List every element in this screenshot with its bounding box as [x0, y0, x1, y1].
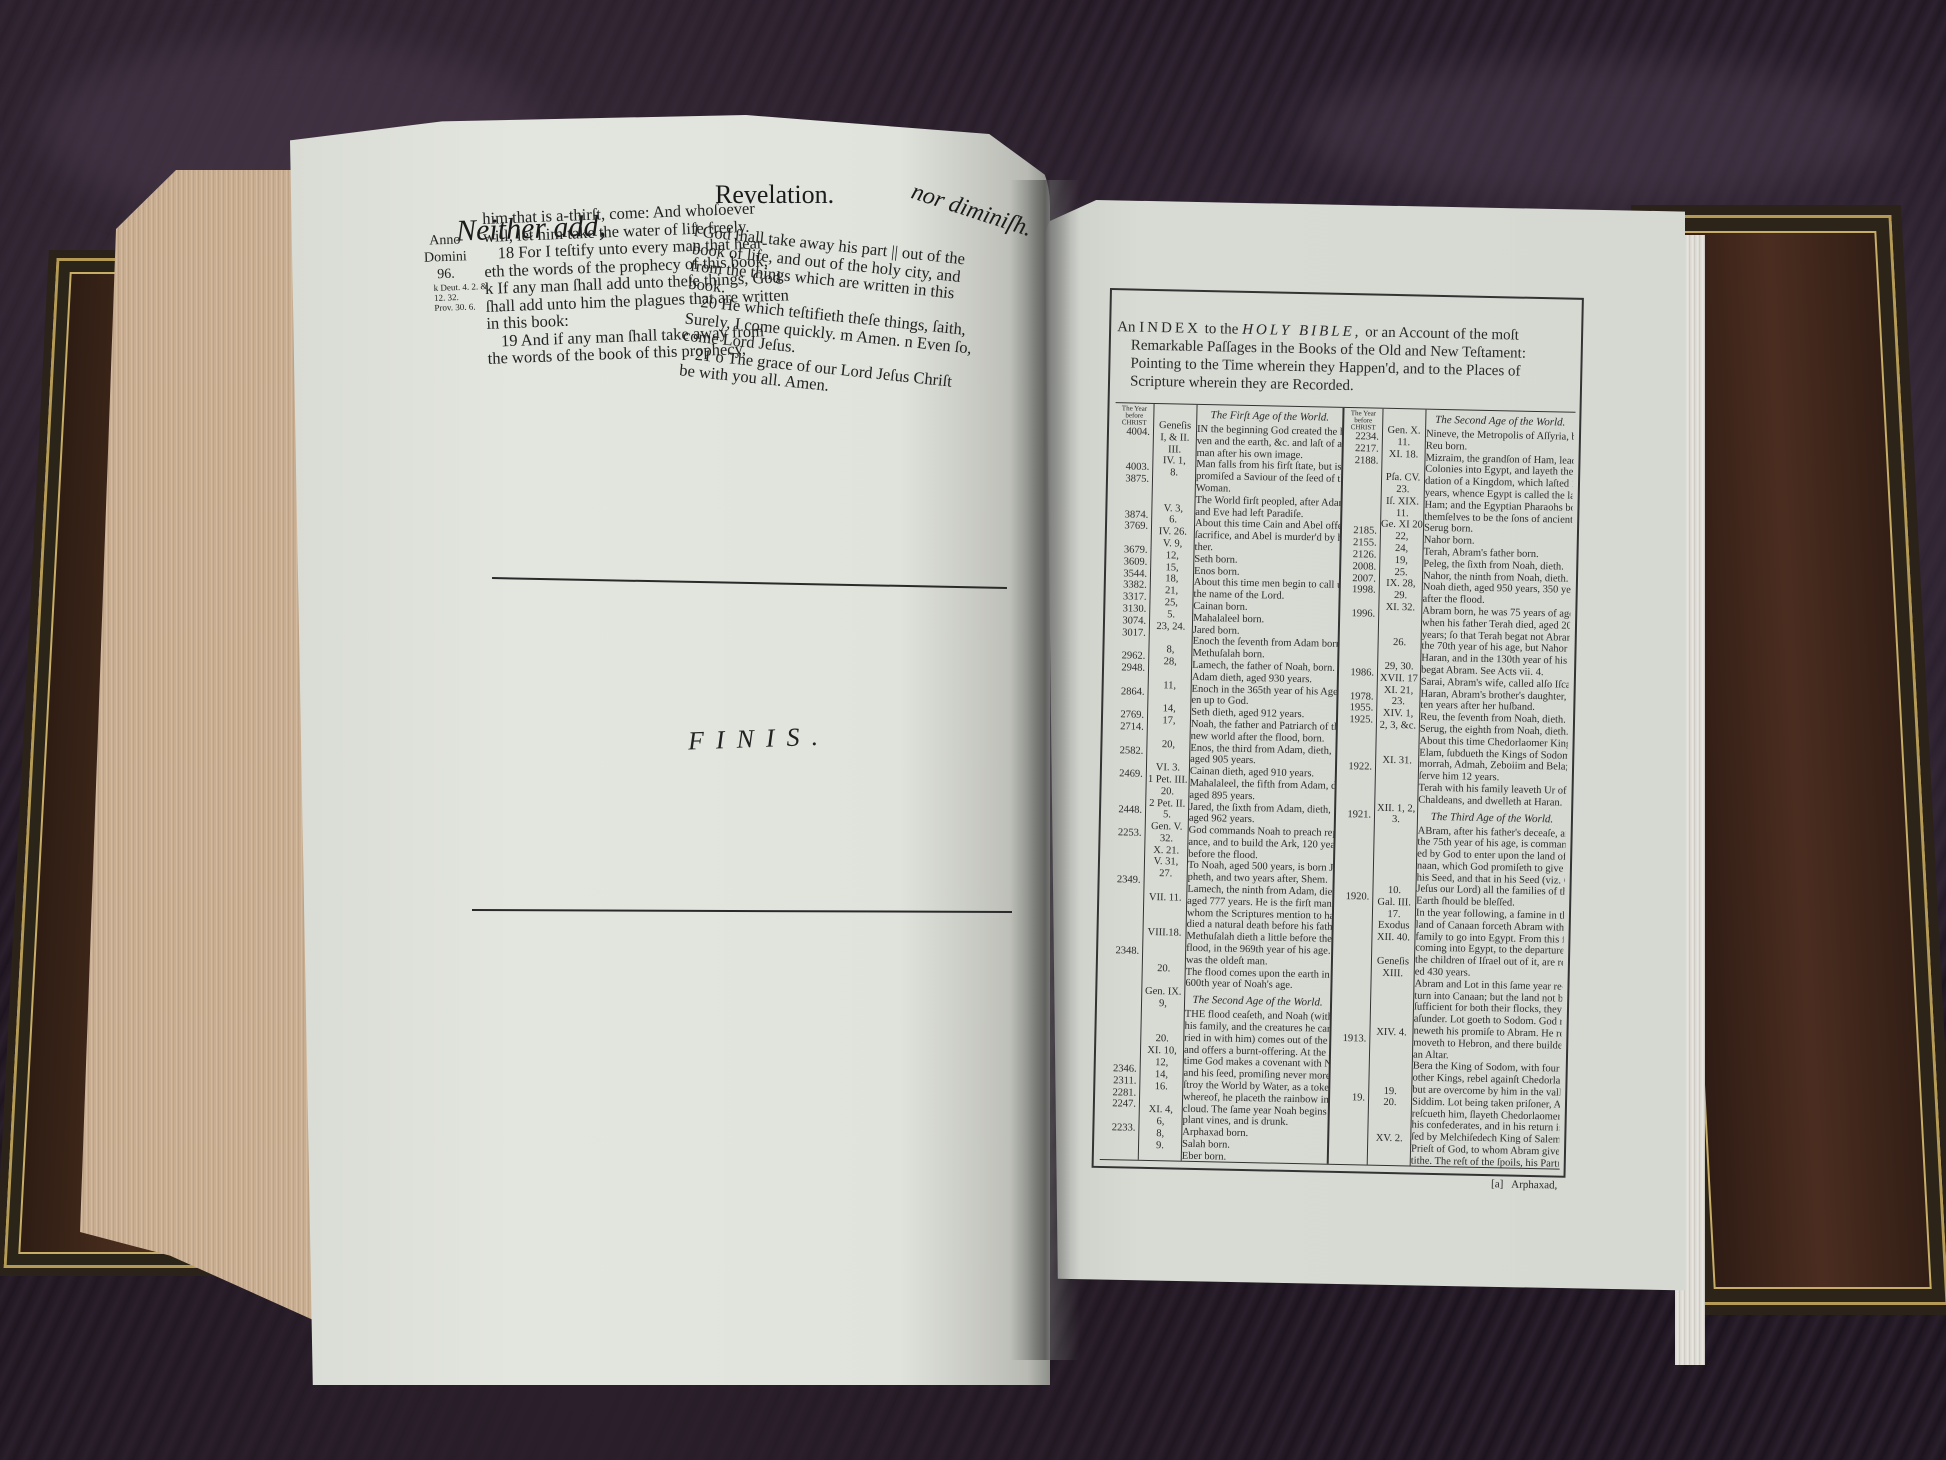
year-cell: 2769.	[1109, 709, 1147, 722]
age-heading: The Second Age of the World.	[1185, 994, 1330, 1009]
year-cell	[1329, 1162, 1367, 1164]
year-cell: 2348.	[1104, 945, 1142, 958]
margin-ref: Prov. 30. 6.	[434, 301, 488, 313]
reference-cell: 10.	[1373, 885, 1415, 898]
year-cell: 2281.	[1101, 1087, 1139, 1100]
year-cell	[1336, 797, 1374, 810]
reference-cell	[1141, 1021, 1183, 1034]
year-cell: 1921.	[1336, 808, 1374, 821]
reference-cell: 20.	[1369, 1097, 1411, 1110]
reference-cell: 17.	[1373, 908, 1415, 921]
year-cell: 3317.	[1111, 591, 1149, 604]
reference-cell: X. 21.	[1145, 845, 1187, 858]
reference-cell: 23.	[1377, 696, 1419, 709]
index-frame: An INDEX to the HOLY BIBLE, or an Accoun…	[1092, 288, 1584, 1178]
year-cell	[1342, 502, 1380, 515]
reference-cell: IX. 28,	[1380, 578, 1422, 591]
year-cell	[1340, 596, 1378, 609]
reference-cell: 16.	[1140, 1080, 1182, 1093]
year-cell	[1107, 792, 1145, 805]
reference-cell	[1379, 625, 1421, 638]
year-cell	[1332, 985, 1370, 998]
reference-cell: XV. 2.	[1368, 1132, 1410, 1145]
reference-cell	[1153, 479, 1195, 492]
year-cell	[1100, 1157, 1138, 1159]
reference-cell: Gen. V.	[1146, 821, 1188, 834]
reference-cell: 25.	[1380, 566, 1422, 579]
reference-cell	[1147, 750, 1189, 763]
year-cell: 1998.	[1341, 584, 1379, 597]
year-cell	[1105, 898, 1143, 911]
year-cell	[1107, 780, 1145, 793]
reference-cell: 27.	[1145, 868, 1187, 881]
reference-cell: 23.	[1382, 484, 1424, 497]
year-cell	[1335, 867, 1373, 880]
year-cell: 3875.	[1114, 473, 1152, 486]
reference-cell	[1370, 1062, 1412, 1075]
reference-cell: VI. 3.	[1147, 762, 1189, 775]
year-cell: 1913.	[1331, 1032, 1369, 1045]
reference-cell	[1153, 491, 1195, 504]
year-cell	[1330, 1080, 1368, 1093]
reference-cell: V. 9,	[1152, 538, 1194, 551]
reference-cell: VIII.18.	[1143, 927, 1185, 940]
age-heading: The Third Age of the World.	[1418, 810, 1566, 825]
year-cell: 2253.	[1106, 827, 1144, 840]
reference-cell: 2 Pet. II.	[1146, 797, 1188, 810]
index-entry-line: 600th year of Noah's age.	[1185, 978, 1330, 993]
entry-list: Nineve, the Metropolis of Aſſyria, built…	[1411, 429, 1574, 1169]
year-cell	[1333, 938, 1371, 951]
year-cell	[1343, 490, 1381, 503]
year-cell	[1108, 756, 1146, 769]
year-cell: 3679.	[1112, 544, 1150, 557]
year-cell	[1343, 466, 1381, 479]
reference-cell: Pſa. CV.	[1382, 472, 1424, 485]
reference-cell: 9,	[1142, 998, 1184, 1011]
year-cell: 2008.	[1341, 561, 1379, 574]
reference-cell: 19.	[1369, 1085, 1411, 1098]
year-cell	[1332, 973, 1370, 986]
gutter-shadow	[1010, 180, 1080, 1360]
year-cell	[1102, 1028, 1140, 1041]
year-cell: 3130.	[1111, 603, 1149, 616]
reference-cell: Gen. IX.	[1142, 986, 1184, 999]
year-cell	[1110, 638, 1148, 651]
year-cell	[1114, 450, 1152, 463]
year-cell: 4004.	[1115, 426, 1153, 439]
year-cell	[1337, 749, 1375, 762]
reference-cell: VII. 11.	[1144, 892, 1186, 905]
reference-cell: 20,	[1147, 738, 1189, 751]
reference-cell: 21,	[1151, 585, 1193, 598]
index-entry-line: tithe. The reſt of the ſpoils, his Partn…	[1411, 1155, 1559, 1168]
reference-cell: 19,	[1380, 554, 1422, 567]
reference-cell: 25,	[1150, 597, 1192, 610]
year-cell	[1100, 1134, 1138, 1147]
reference-cell	[1376, 743, 1418, 756]
year-cell	[1107, 815, 1145, 828]
reference-cell	[1143, 939, 1185, 952]
reference-cell	[1144, 880, 1186, 893]
year-cell	[1337, 738, 1375, 751]
reference-cell: 11.	[1383, 437, 1425, 450]
reference-cell: 18,	[1151, 573, 1193, 586]
velvet-fold	[1300, 60, 1900, 200]
margin-ref: k Deut. 4. 2. &	[433, 281, 487, 293]
year-cell	[1335, 844, 1373, 857]
year-cell: 2346.	[1102, 1063, 1140, 1076]
year-cell: 3017.	[1111, 627, 1149, 640]
reference-cell: XIV. 4.	[1370, 1026, 1412, 1039]
anno-domini-margin: Anno Domini 96.	[423, 231, 468, 283]
reference-cell: 29.	[1379, 590, 1421, 603]
reference-cell	[1139, 1151, 1181, 1160]
reference-cell	[1376, 767, 1418, 780]
year-cell	[1337, 773, 1375, 786]
margin-line: Anno	[423, 231, 466, 249]
year-cell: 19.	[1330, 1091, 1368, 1104]
year-column-header: The Year before CHRIST	[1115, 403, 1153, 427]
index-entry-line: Chaldeans, and dwelleth at Haran.	[1418, 794, 1566, 809]
reference-cell: 20.	[1143, 962, 1185, 975]
reference-cell: V. 3,	[1152, 503, 1194, 516]
year-cell	[1342, 513, 1380, 526]
reference-cell: Gal. III.	[1373, 897, 1415, 910]
cross-reference-margin: k Deut. 4. 2. & 12. 32. Prov. 30. 6.	[433, 281, 488, 313]
year-cell	[1102, 1039, 1140, 1052]
reference-cell: XI. 21,	[1378, 684, 1420, 697]
reference-cell	[1375, 826, 1417, 839]
year-cell	[1343, 478, 1381, 491]
reference-cell: I, & II.	[1154, 432, 1196, 445]
reference-cell: 14,	[1140, 1069, 1182, 1082]
year-cell: 2582.	[1108, 745, 1146, 758]
year-cell: 3769.	[1113, 520, 1151, 533]
reference-cell: Geneſis	[1372, 955, 1414, 968]
reference-cell	[1142, 1010, 1184, 1023]
year-cell: 1922.	[1337, 761, 1375, 774]
reference-cell: XI. 4,	[1140, 1104, 1182, 1117]
reference-cell	[1378, 649, 1420, 662]
year-cell: 3074.	[1111, 615, 1149, 628]
reference-cell: 12,	[1151, 550, 1193, 563]
reference-cell: III.	[1154, 444, 1196, 457]
reference-cell: 11.	[1381, 507, 1423, 520]
reference-cell	[1371, 1003, 1413, 1016]
year-cell	[1332, 997, 1370, 1010]
year-cell	[1336, 820, 1374, 833]
reference-cell: 3.	[1375, 814, 1417, 827]
year-cell	[1334, 914, 1372, 927]
year-cell	[1334, 903, 1372, 916]
year-cell: 2714.	[1109, 721, 1147, 734]
reference-cell: Gen. X.	[1383, 425, 1425, 438]
reference-cell: XI. 10,	[1141, 1045, 1183, 1058]
reference-cell: 20.	[1146, 786, 1188, 799]
year-cell	[1340, 620, 1378, 633]
reference-cell: XI. 32.	[1379, 602, 1421, 615]
signature-mark: [a]	[1491, 1178, 1503, 1190]
index-table: The Year before CHRIST 4004. 4003.3875. …	[1100, 402, 1576, 1169]
year-cell	[1110, 674, 1148, 687]
year-cell	[1104, 957, 1142, 970]
year-cell	[1103, 980, 1141, 993]
year-cell	[1104, 933, 1142, 946]
year-cell: 1955.	[1338, 702, 1376, 715]
year-cell	[1335, 856, 1373, 869]
reference-cell: 1 Pet. III.	[1147, 774, 1189, 787]
year-cell: 2233.	[1100, 1122, 1138, 1135]
year-cell: 2311.	[1101, 1075, 1139, 1088]
year-cell	[1113, 532, 1151, 545]
reference-cell	[1142, 974, 1184, 987]
year-cell: 3609.	[1112, 556, 1150, 569]
year-cell	[1103, 1004, 1141, 1017]
year-cell: 2864.	[1109, 686, 1147, 699]
reference-cell: 14,	[1148, 703, 1190, 716]
year-cell: 2155.	[1342, 537, 1380, 550]
year-cell: 1925.	[1338, 714, 1376, 727]
reference-cell: XII. 40.	[1372, 932, 1414, 945]
year-cell: 2469.	[1108, 768, 1146, 781]
year-cell	[1338, 726, 1376, 739]
year-cell: 2217.	[1344, 443, 1382, 456]
reference-cell: Iſ. XIX.	[1381, 496, 1423, 509]
reference-cell: 5.	[1146, 809, 1188, 822]
finis-text: FINIS.	[688, 722, 831, 757]
reference-cell	[1368, 1121, 1410, 1134]
reference-cell: 8,	[1149, 644, 1191, 657]
reference-cell: 12,	[1141, 1057, 1183, 1070]
reference-cell	[1371, 991, 1413, 1004]
year-cell	[1333, 926, 1371, 939]
year-cell	[1339, 643, 1377, 656]
year-cell: 3382.	[1112, 579, 1150, 592]
year-cell	[1336, 785, 1374, 798]
reference-cell: 28,	[1149, 656, 1191, 669]
year-cell: 3874.	[1113, 509, 1151, 522]
reference-cell: 6.	[1152, 514, 1194, 527]
year-cell	[1332, 1009, 1370, 1022]
reference-cell	[1148, 727, 1190, 740]
reference-cell: V. 31,	[1145, 856, 1187, 869]
year-cell: 1978.	[1338, 690, 1376, 703]
reference-cell	[1148, 691, 1190, 704]
year-cell	[1109, 697, 1147, 710]
reference-cell	[1374, 861, 1416, 874]
reference-cell	[1377, 731, 1419, 744]
year-cell	[1333, 950, 1371, 963]
year-cell: 2448.	[1107, 804, 1145, 817]
reference-cell	[1376, 779, 1418, 792]
entries-column-right: The Second Age of the World. Nineve, the…	[1411, 410, 1575, 1169]
reference-cell: IV. 1,	[1153, 455, 1195, 468]
year-cell	[1105, 886, 1143, 899]
reference-cell	[1369, 1109, 1411, 1122]
year-cell	[1329, 1115, 1367, 1128]
catchword: Arphaxad,	[1511, 1179, 1557, 1192]
reference-cell: 24,	[1380, 543, 1422, 556]
reference-cell: Ge. XI 20.	[1381, 519, 1423, 532]
text-column-b: l God ſhall take away his part || out of…	[679, 222, 1014, 412]
year-cell: 4003.	[1114, 462, 1152, 475]
reference-cell	[1368, 1156, 1410, 1165]
margin-line: Domini	[424, 248, 467, 266]
reference-cell: 22,	[1381, 531, 1423, 544]
reference-cell: XI. 18.	[1382, 448, 1424, 461]
title-index: INDEX	[1139, 320, 1201, 337]
year-cell	[1330, 1103, 1368, 1116]
reference-cell: 23, 24.	[1150, 620, 1192, 633]
year-cell: 2126.	[1341, 549, 1379, 562]
year-cell: 1986.	[1339, 667, 1377, 680]
reference-cell: 15,	[1151, 561, 1193, 574]
year-cell	[1103, 1016, 1141, 1029]
year-cell: 1920.	[1334, 891, 1372, 904]
year-cell	[1330, 1068, 1368, 1081]
reference-cell: 9.	[1139, 1139, 1181, 1152]
year-column-header: The Year before CHRIST	[1344, 408, 1382, 432]
reference-cell	[1374, 849, 1416, 862]
year-cell	[1115, 438, 1153, 451]
index-entry-line: Eber born.	[1182, 1151, 1327, 1164]
year-cell	[1100, 1146, 1138, 1159]
reference-cell: 5.	[1150, 609, 1192, 622]
reference-cell: 29, 30.	[1378, 661, 1420, 674]
age-heading: The Second Age of the World.	[1426, 414, 1574, 429]
year-cell: 2185.	[1342, 525, 1380, 538]
reference-cell: XI. 31.	[1376, 755, 1418, 768]
year-cell	[1334, 879, 1372, 892]
year-cell: 1996.	[1340, 608, 1378, 621]
title-word: or an Account of the moſt	[1365, 324, 1519, 343]
title-word: An	[1117, 319, 1136, 335]
year-cell	[1108, 733, 1146, 746]
reference-cell	[1374, 873, 1416, 886]
year-cell	[1339, 655, 1377, 668]
year-cell: 3544.	[1112, 568, 1150, 581]
entries-column-left: The Firſt Age of the World. IN the begin…	[1182, 405, 1345, 1164]
year-cell	[1104, 921, 1142, 934]
entry-list: IN the beginning God created the hea-ven…	[1182, 424, 1342, 1164]
year-cell	[1340, 631, 1378, 644]
reference-cell: 20.	[1141, 1033, 1183, 1046]
reference-cell	[1371, 1014, 1413, 1027]
reference-cell	[1382, 460, 1424, 473]
reference-cell	[1144, 904, 1186, 917]
year-cell	[1333, 962, 1371, 975]
year-cell	[1339, 679, 1377, 692]
year-cell	[1114, 485, 1152, 498]
reference-cell	[1144, 915, 1186, 928]
reference-cell	[1372, 944, 1414, 957]
reference-cell: Geneſis	[1154, 420, 1196, 433]
reference-cell: Exodus	[1373, 920, 1415, 933]
reference-cell	[1143, 951, 1185, 964]
year-cell	[1329, 1127, 1367, 1140]
reference-cell: XIV. 1,	[1377, 708, 1419, 721]
year-cell	[1113, 497, 1151, 510]
year-cell: 2349.	[1105, 874, 1143, 887]
title-word: to the	[1204, 321, 1238, 338]
year-cell: 2962.	[1110, 650, 1148, 663]
age-heading: The Firſt Age of the World.	[1197, 409, 1342, 424]
year-cell: 2247.	[1101, 1098, 1139, 1111]
year-cell	[1106, 839, 1144, 852]
year-cell	[1103, 969, 1141, 982]
reference-cell: 8,	[1139, 1128, 1181, 1141]
year-cell	[1329, 1139, 1367, 1152]
reference-cell	[1368, 1144, 1410, 1157]
reference-cell	[1150, 632, 1192, 645]
reference-cell: 2, 3, &c.	[1377, 720, 1419, 733]
reference-cell	[1374, 838, 1416, 851]
year-cell	[1329, 1150, 1367, 1163]
reference-cell: 6,	[1139, 1116, 1181, 1129]
reference-cell: IV. 26.	[1152, 526, 1194, 539]
year-cell	[1101, 1110, 1139, 1123]
reference-cell: 11,	[1149, 679, 1191, 692]
year-cell	[1105, 910, 1143, 923]
reference-cell	[1370, 1050, 1412, 1063]
reference-cell	[1140, 1092, 1182, 1105]
reference-cell	[1371, 979, 1413, 992]
year-cell	[1331, 1056, 1369, 1069]
reference-cell: 8.	[1153, 467, 1195, 480]
reference-cell: 32.	[1145, 833, 1187, 846]
reference-cell	[1369, 1073, 1411, 1086]
year-cell	[1103, 992, 1141, 1005]
year-cell	[1106, 863, 1144, 876]
reference-cell: 26.	[1379, 637, 1421, 650]
reference-cell	[1375, 790, 1417, 803]
year-cell: 2234.	[1344, 431, 1382, 444]
reference-cell	[1379, 613, 1421, 626]
index-title: An INDEX to the HOLY BIBLE, or an Accoun…	[1116, 318, 1573, 400]
reference-cell: XVII. 17	[1378, 672, 1420, 685]
year-cell	[1331, 1021, 1369, 1034]
year-cell: 2948.	[1110, 662, 1148, 675]
reference-cell	[1370, 1038, 1412, 1051]
year-cell: 2188.	[1343, 455, 1381, 468]
title-holy-bible: HOLY BIBLE,	[1242, 322, 1362, 340]
year-cell	[1106, 851, 1144, 864]
reference-cell: XII. 1, 2,	[1375, 802, 1417, 815]
year-cell: 2007.	[1341, 572, 1379, 585]
reference-cell: 17,	[1148, 715, 1190, 728]
year-cell	[1331, 1044, 1369, 1057]
reference-cell: XIII.	[1372, 967, 1414, 980]
reference-cell	[1149, 668, 1191, 681]
year-cell	[1102, 1051, 1140, 1064]
year-cell	[1335, 832, 1373, 845]
